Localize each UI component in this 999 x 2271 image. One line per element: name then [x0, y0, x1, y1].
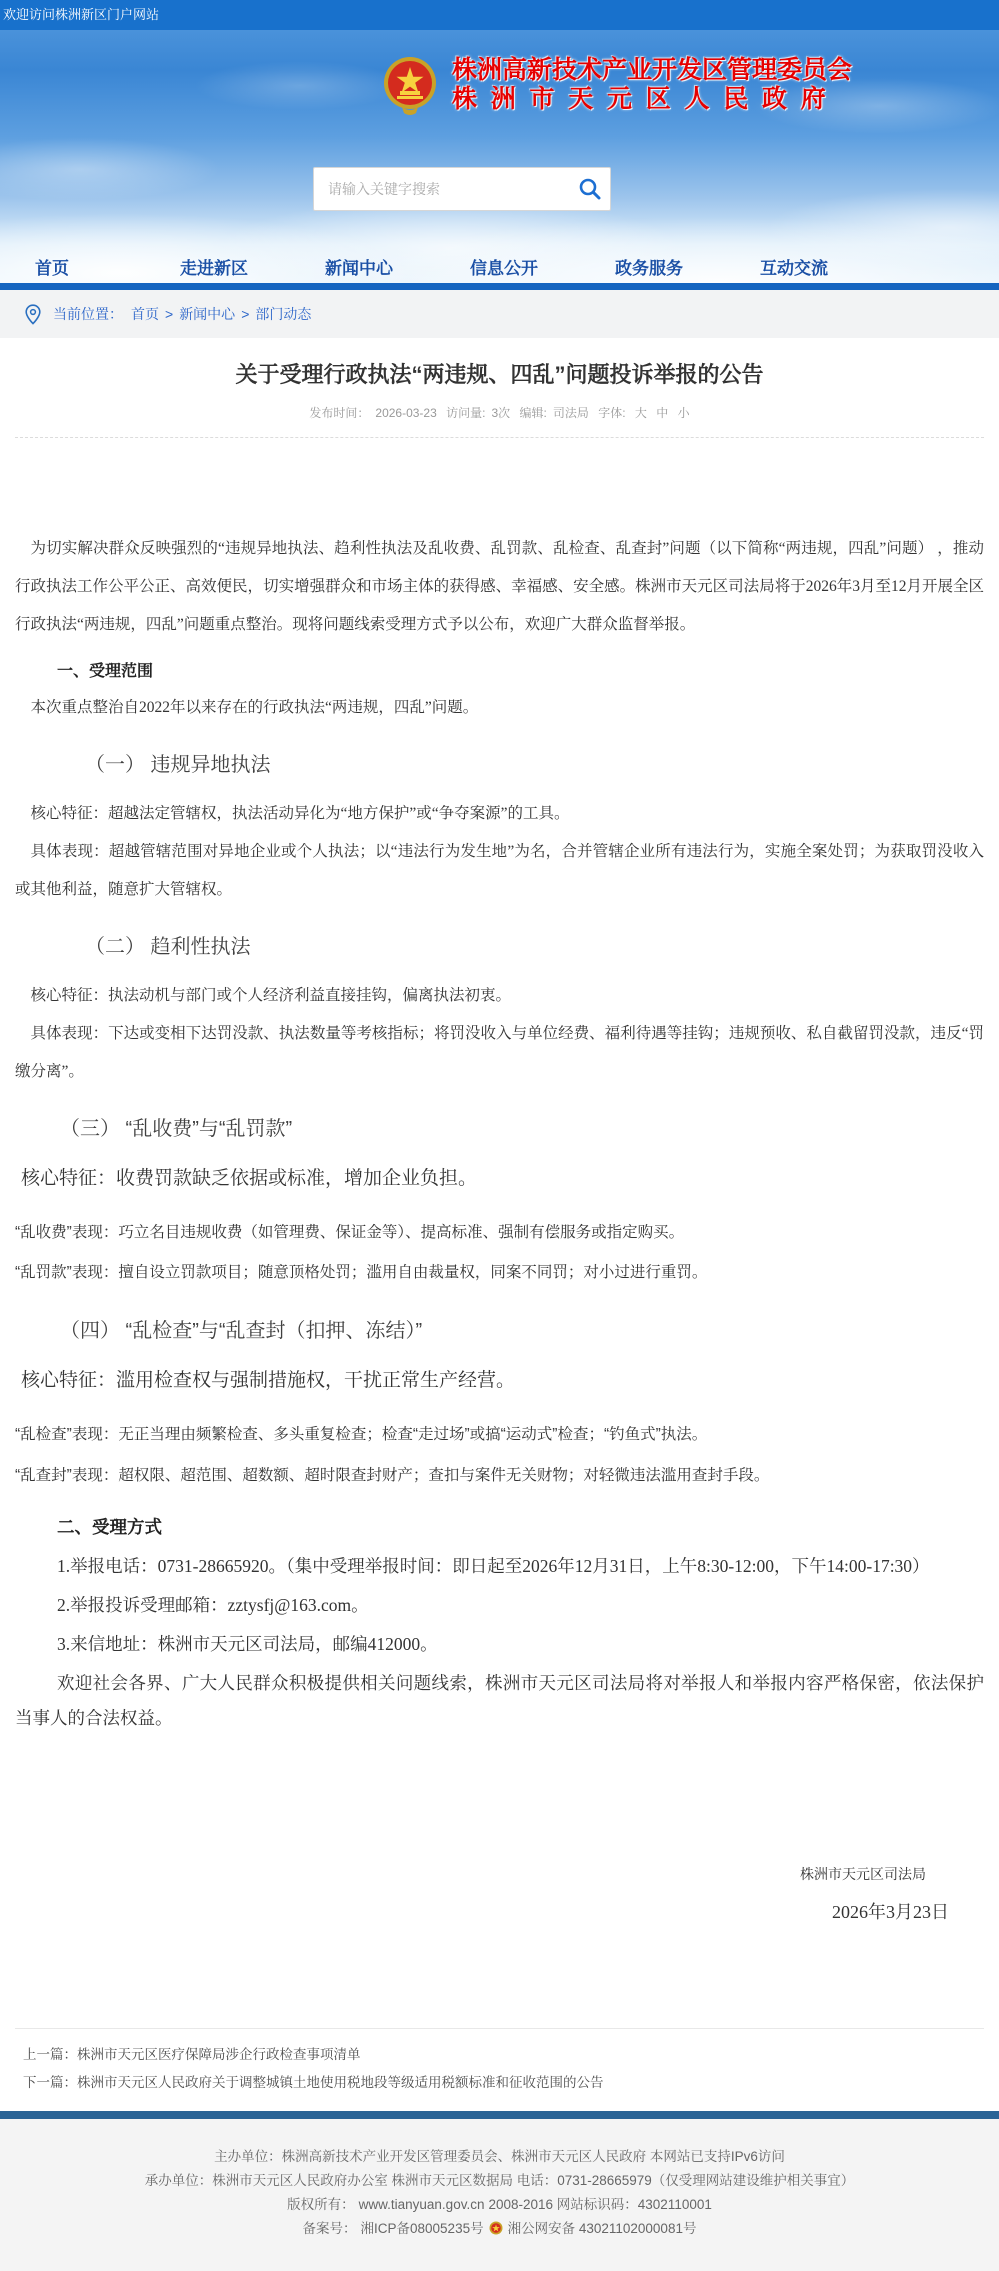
article-paragraph: 1.举报电话：0731-28665920。（集中受理举报时间：即日起至2026年…	[15, 1549, 984, 1584]
signature-department: 株洲市天元区司法局	[15, 1864, 984, 1884]
site-banner: 株洲高新技术产业开发区管理委员会 株洲市天元区人民政府 首页 走进新区 新闻中心…	[0, 30, 999, 290]
footer-record-line: 备案号：湘ICP备08005235号湘公网安备 43021102000081号	[0, 2217, 999, 2241]
subsection-heading-1-4: （四） “乱检查”与“乱查封（扣押、冻结）”	[15, 1315, 984, 1347]
article-paragraph: 核心特征：收费罚款缺乏依据或标准，增加企业负担。	[15, 1161, 984, 1197]
footer-copyright-line: 版权所有：www.tianyuan.gov.cn2008-2016 网站标识码：…	[0, 2193, 999, 2217]
national-emblem-icon	[380, 55, 440, 115]
breadcrumb-label: 当前位置：	[53, 304, 123, 324]
font-size-large-button[interactable]: 大	[635, 406, 647, 420]
welcome-bar: 欢迎访问株洲新区门户网站	[0, 0, 999, 30]
prev-article-label: 上一篇：	[23, 2047, 77, 2062]
site-title: 株洲高新技术产业开发区管理委员会 株洲市天元区人民政府	[452, 56, 852, 114]
editor-value: 司法局	[553, 406, 589, 420]
subsection-heading-1-3: （三） “乱收费”与“乱罚款”	[15, 1113, 984, 1145]
nav-item-gov-services[interactable]: 政务服务	[615, 254, 760, 279]
site-logo-block: 株洲高新技术产业开发区管理委员会 株洲市天元区人民政府	[380, 55, 852, 115]
location-pin-icon	[25, 304, 41, 325]
nav-item-home[interactable]: 首页	[35, 254, 180, 279]
next-article-link[interactable]: 株洲市天元区人民政府关于调整城镇土地使用税地段等级适用税额标准和征收范围的公告	[77, 2075, 604, 2090]
article-paragraph: 本次重点整治自2022年以来存在的行政执法“两违规，四乱”问题。	[15, 689, 984, 727]
prev-article-link[interactable]: 株洲市天元区医疗保障局涉企行政检查事项清单	[77, 2047, 361, 2062]
publish-time-value: 2026-03-23	[375, 406, 436, 420]
article-paragraph: “乱罚款”表现：擅自设立罚款项目；随意顶格处罚；滥用自由裁量权，同案不同罚；对小…	[15, 1253, 984, 1293]
article-paragraph: 为切实解决群众反映强烈的“违规异地执法、趋利性执法及乱收费、乱罚款、乱检查、乱查…	[15, 530, 984, 644]
breadcrumb: 当前位置： 首页 > 新闻中心 > 部门动态	[0, 290, 999, 338]
font-size-label: 字体:	[598, 406, 625, 420]
article-paragraph: 核心特征：执法动机与部门或个人经济利益直接挂钩，偏离执法初衷。	[15, 977, 984, 1015]
font-size-medium-button[interactable]: 中	[656, 406, 668, 420]
site-url-link[interactable]: www.tianyuan.gov.cn	[359, 2197, 485, 2212]
publish-time-label: 发布时间：	[309, 406, 369, 420]
breadcrumb-separator: >	[165, 306, 173, 322]
article-paragraph: “乱收费”表现：巧立名目违规收费（如管理费、保证金等）、提高标准、强制有偿服务或…	[15, 1213, 984, 1253]
icp-record-link[interactable]: 湘ICP备08005235号	[361, 2221, 484, 2236]
police-record-link[interactable]: 湘公网安备 43021102000081号	[508, 2221, 697, 2236]
search-icon	[578, 177, 602, 201]
search-button[interactable]	[570, 169, 610, 209]
site-title-line2: 株洲市天元区人民政府	[452, 85, 852, 114]
breadcrumb-link-news-center[interactable]: 新闻中心	[179, 304, 235, 324]
police-badge-icon	[489, 2221, 503, 2235]
article: 关于受理行政执法“两违规、四乱”问题投诉举报的公告 发布时间：2026-03-2…	[0, 338, 999, 2111]
article-paragraph: 2.举报投诉受理邮箱：zztysfj@163.com。	[15, 1588, 984, 1623]
nav-item-about-district[interactable]: 走进新区	[180, 254, 325, 279]
article-paragraph: “乱检查”表现：无正当理由频繁检查、多头重复检查；检查“走过场”或搞“运动式”检…	[15, 1415, 984, 1455]
article-paragraph: “乱查封”表现：超权限、超范围、超数额、超时限查封财产；查扣与案件无关财物；对轻…	[15, 1456, 984, 1496]
search-box	[313, 167, 611, 211]
welcome-text: 欢迎访问株洲新区门户网站	[3, 7, 159, 22]
article-paragraph: 3.来信地址：株洲市天元区司法局，邮编412000。	[15, 1627, 984, 1662]
nav-item-news-center[interactable]: 新闻中心	[325, 254, 470, 279]
footer-undertaker-line: 承办单位：株洲市天元区人民政府办公室 株洲市天元区数据局 电话：0731-286…	[0, 2169, 999, 2193]
prev-next-links: 上一篇：株洲市天元区医疗保障局涉企行政检查事项清单 下一篇：株洲市天元区人民政府…	[15, 2028, 984, 2111]
article-paragraph: 具体表现：下达或变相下达罚没款、执法数量等考核指标；将罚没收入与单位经费、福利待…	[15, 1015, 984, 1091]
site-id-text: 2008-2016 网站标识码：4302110001	[488, 2197, 711, 2212]
section-heading-2: 二、受理方式	[15, 1514, 984, 1539]
nav-item-interaction[interactable]: 互动交流	[760, 254, 905, 279]
next-article-label: 下一篇：	[23, 2075, 77, 2090]
section-heading-1: 一、受理范围	[15, 658, 984, 681]
breadcrumb-link-home[interactable]: 首页	[131, 304, 159, 324]
article-paragraph: 欢迎社会各界、广大人民群众积极提供相关问题线索，株洲市天元区司法局将对举报人和举…	[15, 1666, 984, 1736]
breadcrumb-separator: >	[241, 306, 249, 322]
page-title: 关于受理行政执法“两违规、四乱”问题投诉举报的公告	[15, 358, 984, 392]
footer: 主办单位：株洲高新技术产业开发区管理委员会、株洲市天元区人民政府 本网站已支持I…	[0, 2119, 999, 2271]
editor-label: 编辑:	[520, 406, 547, 420]
copyright-label: 版权所有：	[287, 2197, 355, 2212]
article-body: 为切实解决群众反映强烈的“违规异地执法、趋利性执法及乱收费、乱罚款、乱检查、乱查…	[15, 530, 984, 1736]
next-article-row: 下一篇：株洲市天元区人民政府关于调整城镇土地使用税地段等级适用税额标准和征收范围…	[23, 2069, 976, 2097]
article-meta: 发布时间：2026-03-23 访问量:3次 编辑:司法局 字体: 大 中 小	[15, 404, 984, 421]
views-label: 访问量:	[446, 406, 485, 420]
footer-sponsor-line: 主办单位：株洲高新技术产业开发区管理委员会、株洲市天元区人民政府 本网站已支持I…	[0, 2145, 999, 2169]
article-paragraph: 核心特征：滥用检查权与强制措施权，干扰正常生产经营。	[15, 1363, 984, 1399]
subsection-heading-1-2: （二） 趋利性执法	[15, 931, 984, 963]
nav-item-info-disclosure[interactable]: 信息公开	[470, 254, 615, 279]
search-input[interactable]	[314, 169, 570, 209]
breadcrumb-link-department-news[interactable]: 部门动态	[255, 304, 311, 324]
font-size-small-button[interactable]: 小	[678, 406, 690, 420]
site-title-line1: 株洲高新技术产业开发区管理委员会	[452, 56, 852, 85]
main-nav: 首页 走进新区 新闻中心 信息公开 政务服务 互动交流	[0, 254, 999, 279]
meta-divider	[15, 437, 984, 438]
views-value: 3次	[491, 406, 510, 420]
article-paragraph: 具体表现：超越管辖范围对异地企业或个人执法；以“违法行为发生地”为名，合并管辖企…	[15, 833, 984, 909]
subsection-heading-1-1: （一） 违规异地执法	[15, 749, 984, 781]
prev-article-row: 上一篇：株洲市天元区医疗保障局涉企行政检查事项清单	[23, 2041, 976, 2069]
record-label: 备案号：	[303, 2221, 357, 2236]
signature-date: 2026年3月23日	[15, 1898, 984, 1924]
article-paragraph: 核心特征：超越法定管辖权，执法活动异化为“地方保护”或“争夺案源”的工具。	[15, 795, 984, 833]
footer-divider-bar	[0, 2111, 999, 2119]
